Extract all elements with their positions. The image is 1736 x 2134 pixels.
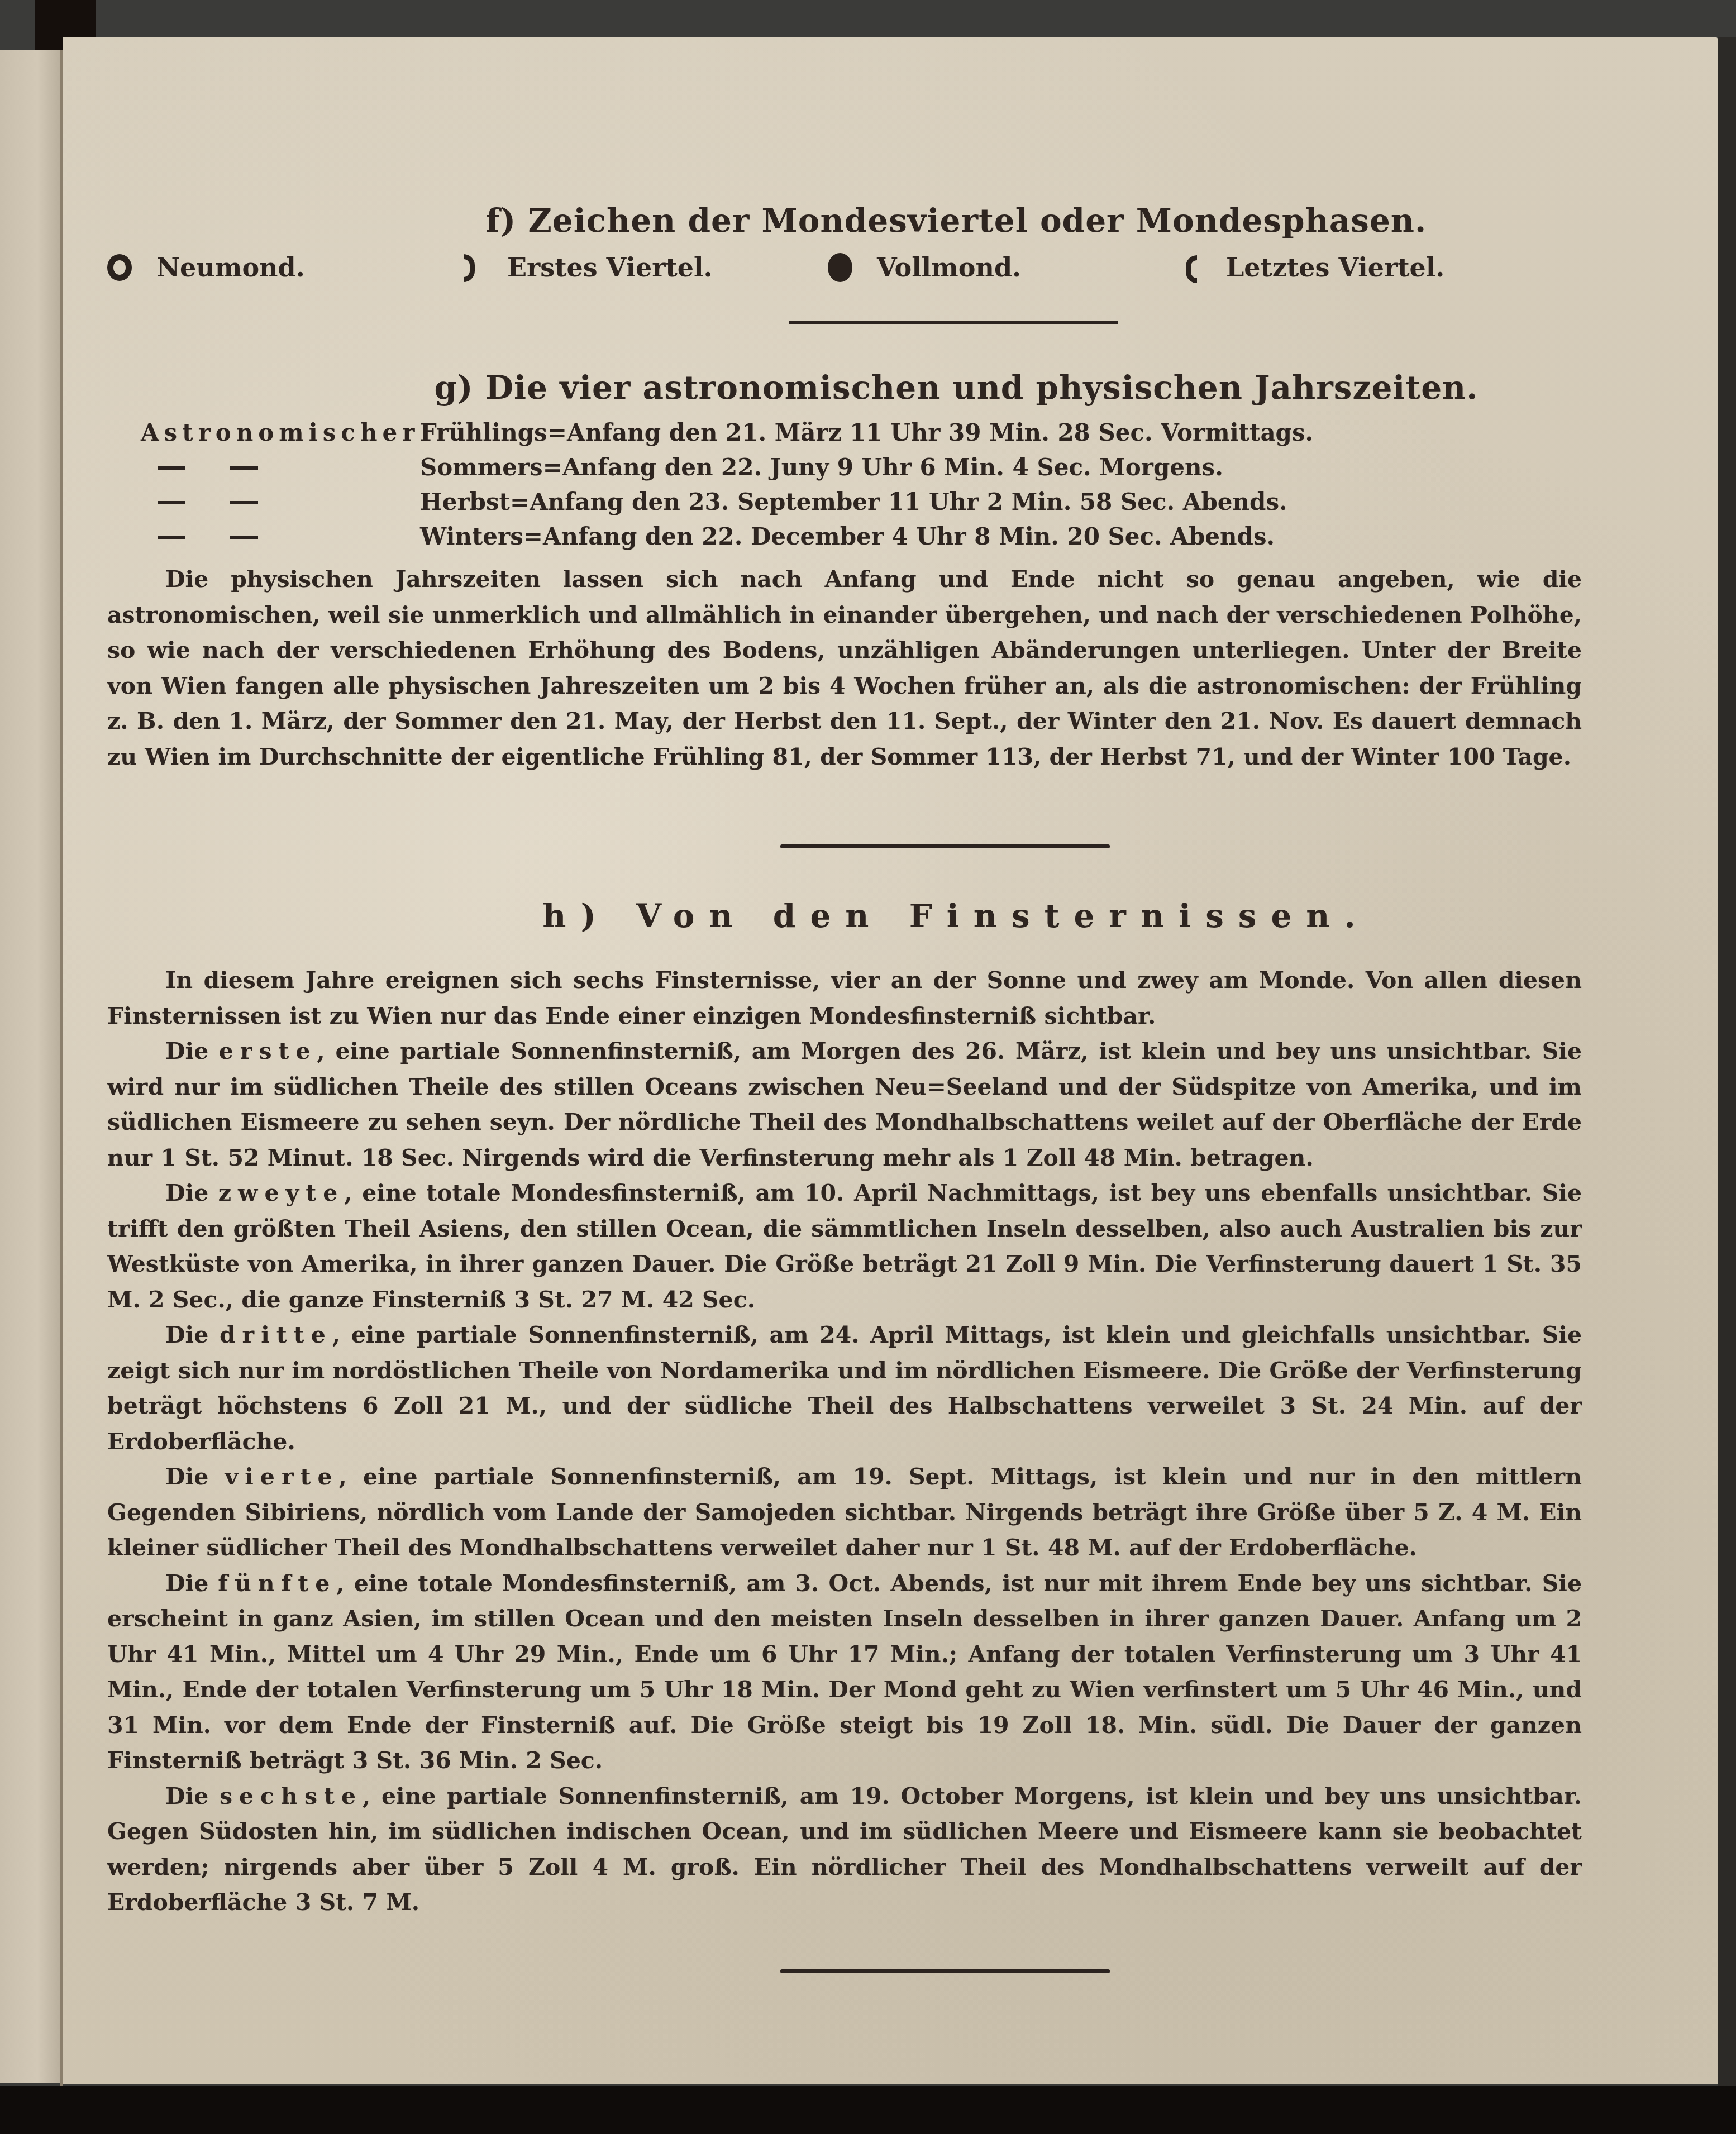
season-text: Winters=Anfang den 22. December 4 Uhr 8 … <box>420 523 1275 550</box>
last-quarter-icon <box>1177 252 1205 283</box>
ditto-dash <box>158 466 185 470</box>
season-text: Herbst=Anfang den 23. September 11 Uhr 2… <box>420 488 1287 515</box>
eclipse-ordinal: zweyte <box>218 1180 345 1206</box>
eclipse-ordinal: fünfte <box>218 1570 336 1597</box>
section-h-heading: h) Von den Finsternissen. <box>275 897 1638 935</box>
section-divider <box>789 321 1118 324</box>
phase-label: Vollmond. <box>877 252 1021 283</box>
eclipse-1: Die erste, eine partiale Sonnenfinsterni… <box>107 1034 1582 1176</box>
paragraph-prefix: Die <box>165 1783 220 1810</box>
physical-seasons-paragraph: Die physischen Jahrszeiten lassen sich n… <box>107 562 1582 775</box>
ditto-marks <box>141 488 420 515</box>
eclipse-ordinal: erste <box>219 1038 317 1064</box>
eclipse-4: Die vierte, eine partiale Sonnenfinstern… <box>107 1459 1582 1566</box>
eclipses-text: In diesem Jahre ereignen sich sechs Fins… <box>107 963 1582 1921</box>
season-row-spring: Astronomischer Frühlings=Anfang den 21. … <box>141 419 1593 453</box>
scanner-background-bottom <box>0 2086 1736 2134</box>
phase-last-quarter: Letztes Viertel. <box>1177 252 1444 283</box>
eclipse-5: Die fünfte, eine totale Mondesfinsterniß… <box>107 1566 1582 1779</box>
ditto-marks <box>141 523 420 550</box>
section-g-heading: g) Die vier astronomischen und physische… <box>275 369 1638 407</box>
paragraph: Die physischen Jahrszeiten lassen sich n… <box>107 562 1582 775</box>
phase-new-moon: Neumond. <box>107 252 305 283</box>
eclipse-6: Die sechste, eine partiale Sonnenfinster… <box>107 1779 1582 1921</box>
eclipse-2: Die zweyte, eine totale Mondesfinsterniß… <box>107 1176 1582 1317</box>
season-text: Frühlings=Anfang den 21. März 11 Uhr 39 … <box>420 419 1313 446</box>
paragraph-prefix: Die <box>165 1038 219 1064</box>
ditto-dash <box>158 536 185 539</box>
eclipse-ordinal: sechste <box>220 1783 363 1810</box>
eclipse-description: , eine totale Mondesfinsterniß, am 3. Oc… <box>107 1570 1582 1774</box>
phase-full-moon: Vollmond. <box>828 252 1021 283</box>
paragraph-prefix: Die <box>165 1180 218 1206</box>
ditto-marks <box>141 453 420 481</box>
eclipse-description: , eine partiale Sonnenfinsterniß, am Mor… <box>107 1038 1582 1171</box>
ditto-dash <box>230 536 258 539</box>
season-text: Sommers=Anfang den 22. Juny 9 Uhr 6 Min.… <box>420 453 1223 481</box>
eclipse-ordinal: vierte <box>225 1463 338 1490</box>
season-row-winter: Winters=Anfang den 22. December 4 Uhr 8 … <box>141 523 1593 557</box>
end-divider <box>780 1969 1110 1973</box>
eclipse-ordinal: dritte <box>220 1321 332 1348</box>
eclipses-intro: In diesem Jahre ereignen sich sechs Fins… <box>107 963 1582 1034</box>
astronomical-seasons-table: Astronomischer Frühlings=Anfang den 21. … <box>141 419 1593 557</box>
phase-label: Erstes Viertel. <box>507 252 712 283</box>
new-moon-icon <box>107 252 135 283</box>
paragraph-prefix: Die <box>165 1570 218 1597</box>
section-f-heading: f) Zeichen der Mondesviertel oder Mondes… <box>275 202 1638 240</box>
ditto-dash <box>230 501 258 504</box>
full-moon-icon <box>828 252 856 283</box>
ditto-dash <box>230 466 258 470</box>
moon-phases-legend: Neumond. Erstes Viertel. Vollmond. Letzt… <box>107 252 1615 297</box>
phase-label: Neumond. <box>156 252 305 283</box>
phase-label: Letztes Viertel. <box>1226 252 1444 283</box>
season-row-autumn: Herbst=Anfang den 23. September 11 Uhr 2… <box>141 488 1593 523</box>
paragraph-prefix: Die <box>165 1463 225 1490</box>
season-row-summer: Sommers=Anfang den 22. Juny 9 Uhr 6 Min.… <box>141 453 1593 488</box>
section-divider <box>780 844 1110 848</box>
left-page-edge <box>0 50 63 2083</box>
phase-first-quarter: Erstes Viertel. <box>458 252 712 283</box>
first-quarter-icon <box>458 252 486 283</box>
ditto-dash <box>158 501 185 504</box>
document-page: f) Zeichen der Mondesviertel oder Mondes… <box>63 37 1718 2084</box>
eclipse-3: Die dritte, eine partiale Sonnenfinstern… <box>107 1317 1582 1459</box>
season-prefix: Astronomischer <box>141 419 420 446</box>
paragraph-prefix: Die <box>165 1321 220 1348</box>
scanner-background-right <box>1718 37 1736 2098</box>
